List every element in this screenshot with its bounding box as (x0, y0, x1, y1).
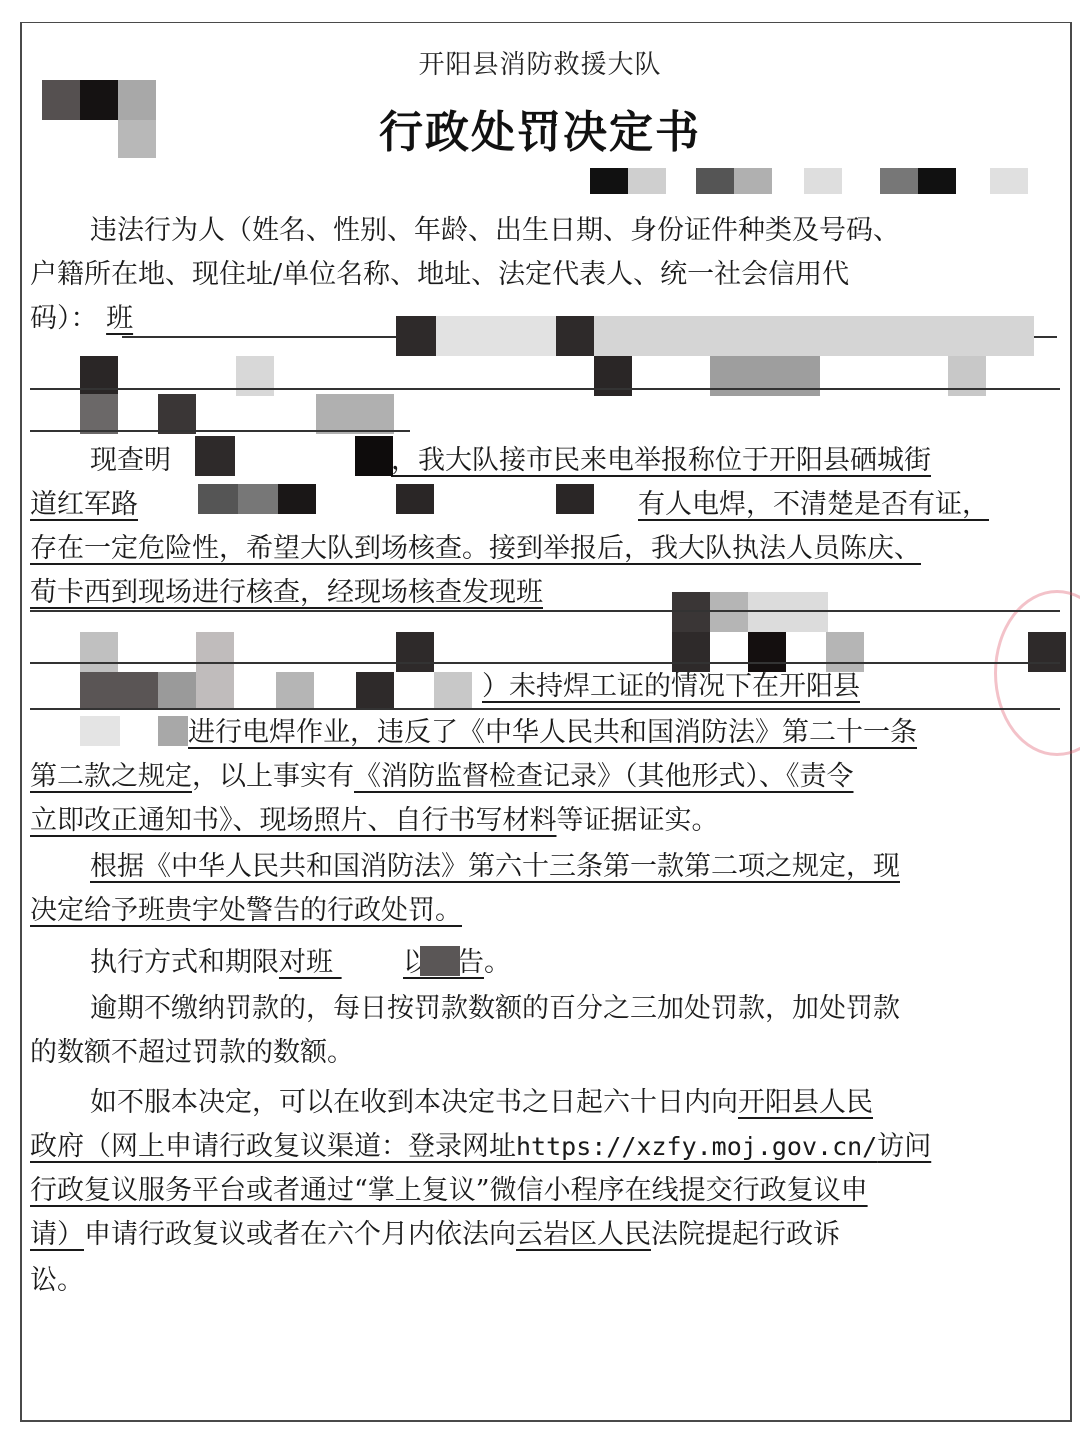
facts-line-2: 道红军路有人电焊，不清楚是否有证， (30, 484, 1060, 526)
facts-line-1: 现查明，我大队接市民来电举报称位于开阳县硒城街 (30, 440, 1080, 482)
redaction-block (278, 484, 316, 514)
redaction-block (420, 946, 460, 976)
issuing-organization: 开阳县消防救援大队 (0, 44, 1080, 81)
execution-method: 执行方式和期限对班 以警告。 (30, 942, 1080, 984)
redaction-block (80, 394, 118, 434)
appeal-line-1: 如不服本决定，可以在收到本决定书之日起六十日内向开阳县人民 (30, 1082, 1080, 1124)
redaction-block (748, 592, 828, 632)
overdue-line-1: 逾期不缴纳罚款的，每日按罚款数额的百分之三加处罚款，加处罚款 (30, 988, 1080, 1030)
redaction-block (355, 436, 393, 476)
redaction-block (436, 316, 556, 356)
party-label-line-1: 违法行为人（姓名、性别、年龄、出生日期、身份证件种类及号码、 (30, 210, 1080, 252)
penalty-basis-line-2: 决定给予班贵宇处警告的行政处罚。 (30, 890, 1060, 932)
party-label-line-2: 户籍所在地、现住址/单位名称、地址、法定代表人、统一社会信用代 (30, 254, 1060, 296)
redaction-block (556, 484, 594, 514)
redaction-block (672, 592, 710, 632)
court-name: 云岩区人民 (516, 1219, 651, 1250)
facts-line-7: 进行电焊作业，违反了《中华人民共和国消防法》第二十一条 (30, 712, 1060, 754)
facts-line-9: 立即改正通知书》、现场照片、自行书写材料等证据证实。 (30, 800, 1060, 842)
appeal-line-4: 请）申请行政复议或者在六个月内依法向云岩区人民法院提起行政诉 (30, 1214, 1060, 1256)
redaction-block (710, 356, 820, 396)
facts-line-6: ）未持焊工证的情况下在开阳县 (30, 666, 1060, 708)
penalty-basis-line-1: 根据《中华人民共和国消防法》第六十三条第一款第二项之规定，现 (30, 846, 1080, 888)
redaction-block (158, 394, 196, 434)
redaction-block (238, 484, 278, 514)
appeal-line-5: 讼。 (30, 1260, 1060, 1302)
redaction-block (198, 484, 238, 514)
appeal-line-2: 政府（网上申请行政复议渠道：登录网址https://xzfy.moj.gov.c… (30, 1126, 1060, 1168)
redaction-block (556, 316, 594, 356)
redaction-block (594, 316, 1034, 356)
redaction-block (594, 356, 632, 396)
redaction-block (236, 356, 274, 396)
redaction-block (948, 356, 986, 396)
party-name: 班 (106, 303, 133, 334)
redaction-block (396, 316, 436, 356)
redaction-block (316, 394, 394, 434)
appeal-line-3: 行政复议服务平台或者通过“掌上复议”微信小程序在线提交行政复议申 (30, 1170, 1060, 1212)
document-number-redacted (590, 168, 1050, 194)
review-url: https://xzfy.moj.gov.cn/ (516, 1132, 877, 1161)
overdue-line-2: 的数额不超过罚款的数额。 (30, 1032, 1060, 1074)
document-title: 行政处罚决定书 (0, 96, 1080, 160)
facts-line-4: 荀卡西到现场进行核查，经现场核查发现班 (30, 572, 1060, 614)
facts-line-3: 存在一定危险性，希望大队到场核查。接到举报后，我大队执法人员陈庆、 (30, 528, 1060, 570)
redaction-block (396, 484, 434, 514)
facts-line-8: 第二款之规定，以上事实有《消防监督检查记录》（其他形式）、《责令 (30, 756, 1060, 798)
redaction-block (80, 356, 118, 396)
redaction-block (195, 436, 235, 476)
redaction-block (710, 592, 748, 632)
